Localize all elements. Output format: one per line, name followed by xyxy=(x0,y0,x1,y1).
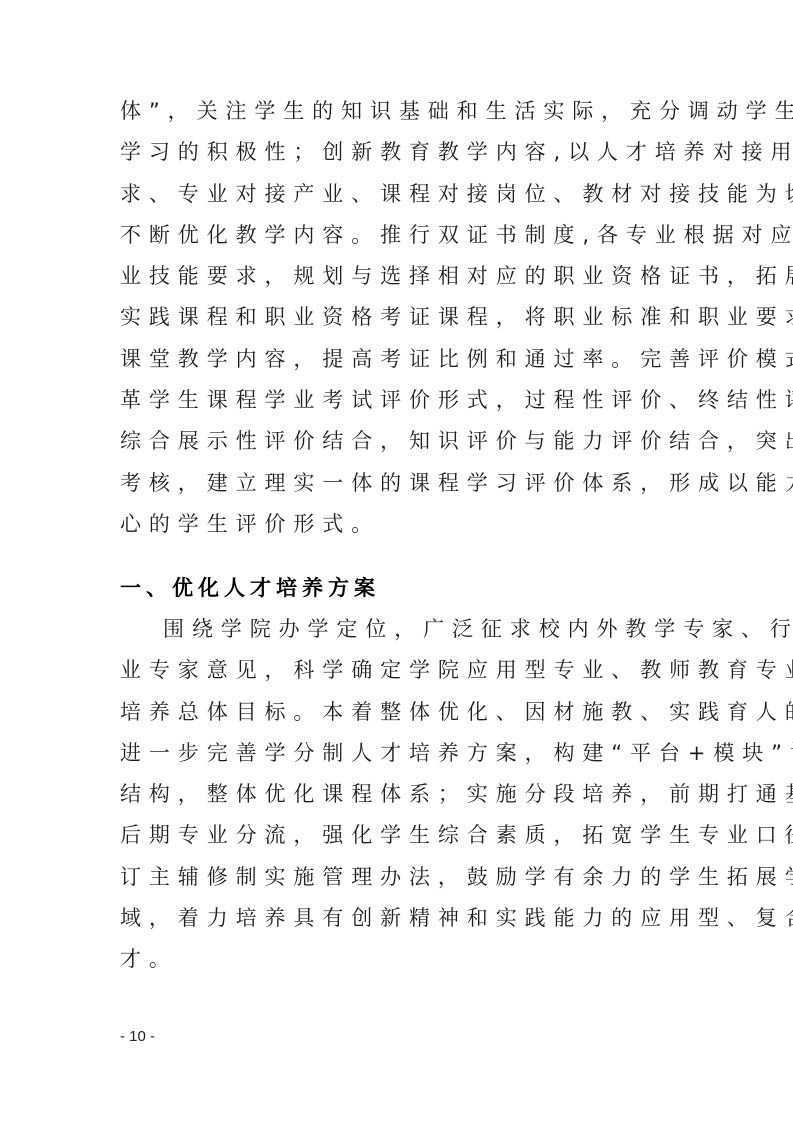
paragraph-line: 结构，整体优化课程体系；实施分段培养，前期打通基础， xyxy=(120,774,675,815)
paragraph-line: 考核，建立理实一体的课程学习评价体系，形成以能力为核 xyxy=(120,463,675,504)
paragraph-line: 革学生课程学业考试评价形式，过程性评价、终结性评价、 xyxy=(120,380,675,421)
paragraph-line: 实践课程和职业资格考证课程，将职业标准和职业要求嵌入 xyxy=(120,297,675,338)
paragraph-line: 综合展示性评价结合，知识评价与能力评价结合，突出技能 xyxy=(120,421,675,462)
paragraph-2: 围绕学院办学定位，广泛征求校内外教学专家、行业企 业专家意见，科学确定学院应用型… xyxy=(120,609,675,981)
paragraph-1: 体”，关注学生的知识基础和生活实际，充分调动学生参与 学习的积极性；创新教育教学… xyxy=(120,91,675,545)
paragraph-line: 域，着力培养具有创新精神和实践能力的应用型、复合型人 xyxy=(120,898,675,939)
page-number: - 10 - xyxy=(120,1028,155,1045)
paragraph-line: 进一步完善学分制人才培养方案，构建“平台+模块”课程 xyxy=(120,733,675,774)
paragraph-line: 才。 xyxy=(120,939,675,980)
paragraph-line: 后期专业分流，强化学生综合素质，拓宽学生专业口径；制 xyxy=(120,815,675,856)
paragraph-line: 心的学生评价形式。 xyxy=(120,504,675,545)
paragraph-line: 围绕学院办学定位，广泛征求校内外教学专家、行业企 xyxy=(120,609,675,650)
paragraph-line: 业技能要求，规划与选择相对应的职业资格证书，拓展学生 xyxy=(120,256,675,297)
paragraph-line: 体”，关注学生的知识基础和生活实际，充分调动学生参与 xyxy=(120,91,675,132)
document-page: 体”，关注学生的知识基础和生活实际，充分调动学生参与 学习的积极性；创新教育教学… xyxy=(0,0,793,1123)
paragraph-line: 求、专业对接产业、课程对接岗位、教材对接技能为切入点， xyxy=(120,174,675,215)
paragraph-line: 培养总体目标。本着整体优化、因材施教、实践育人的原则， xyxy=(120,692,675,733)
paragraph-line: 课堂教学内容，提高考证比例和通过率。完善评价模式,改 xyxy=(120,339,675,380)
paragraph-line: 业专家意见，科学确定学院应用型专业、教师教育专业人才 xyxy=(120,650,675,691)
paragraph-line: 订主辅修制实施管理办法，鼓励学有余力的学生拓展学习领 xyxy=(120,857,675,898)
paragraph-line: 学习的积极性；创新教育教学内容,以人才培养对接用人需 xyxy=(120,132,675,173)
paragraph-line: 不断优化教学内容。推行双证书制度,各专业根据对应的职 xyxy=(120,215,675,256)
section-heading: 一、优化人才培养方案 xyxy=(120,567,380,609)
